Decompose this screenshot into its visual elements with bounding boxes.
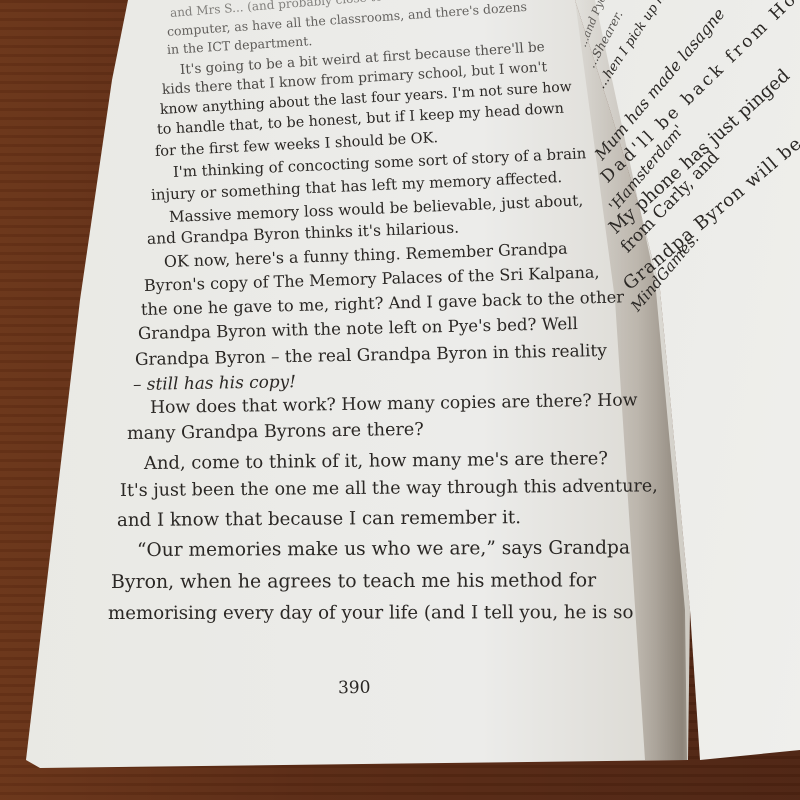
- text-line: – still has his copy!: [133, 371, 296, 394]
- text-line: “Our memories make us who we are,” says …: [137, 537, 630, 561]
- text-line: Byron, when he agrees to teach me his me…: [111, 569, 596, 593]
- text-line: and I know that because I can remember i…: [117, 507, 521, 531]
- text-line: memorising every day of your life (and I…: [108, 602, 633, 624]
- text-line: many Grandpa Byrons are there?: [127, 420, 424, 444]
- page-number: 390: [338, 678, 371, 699]
